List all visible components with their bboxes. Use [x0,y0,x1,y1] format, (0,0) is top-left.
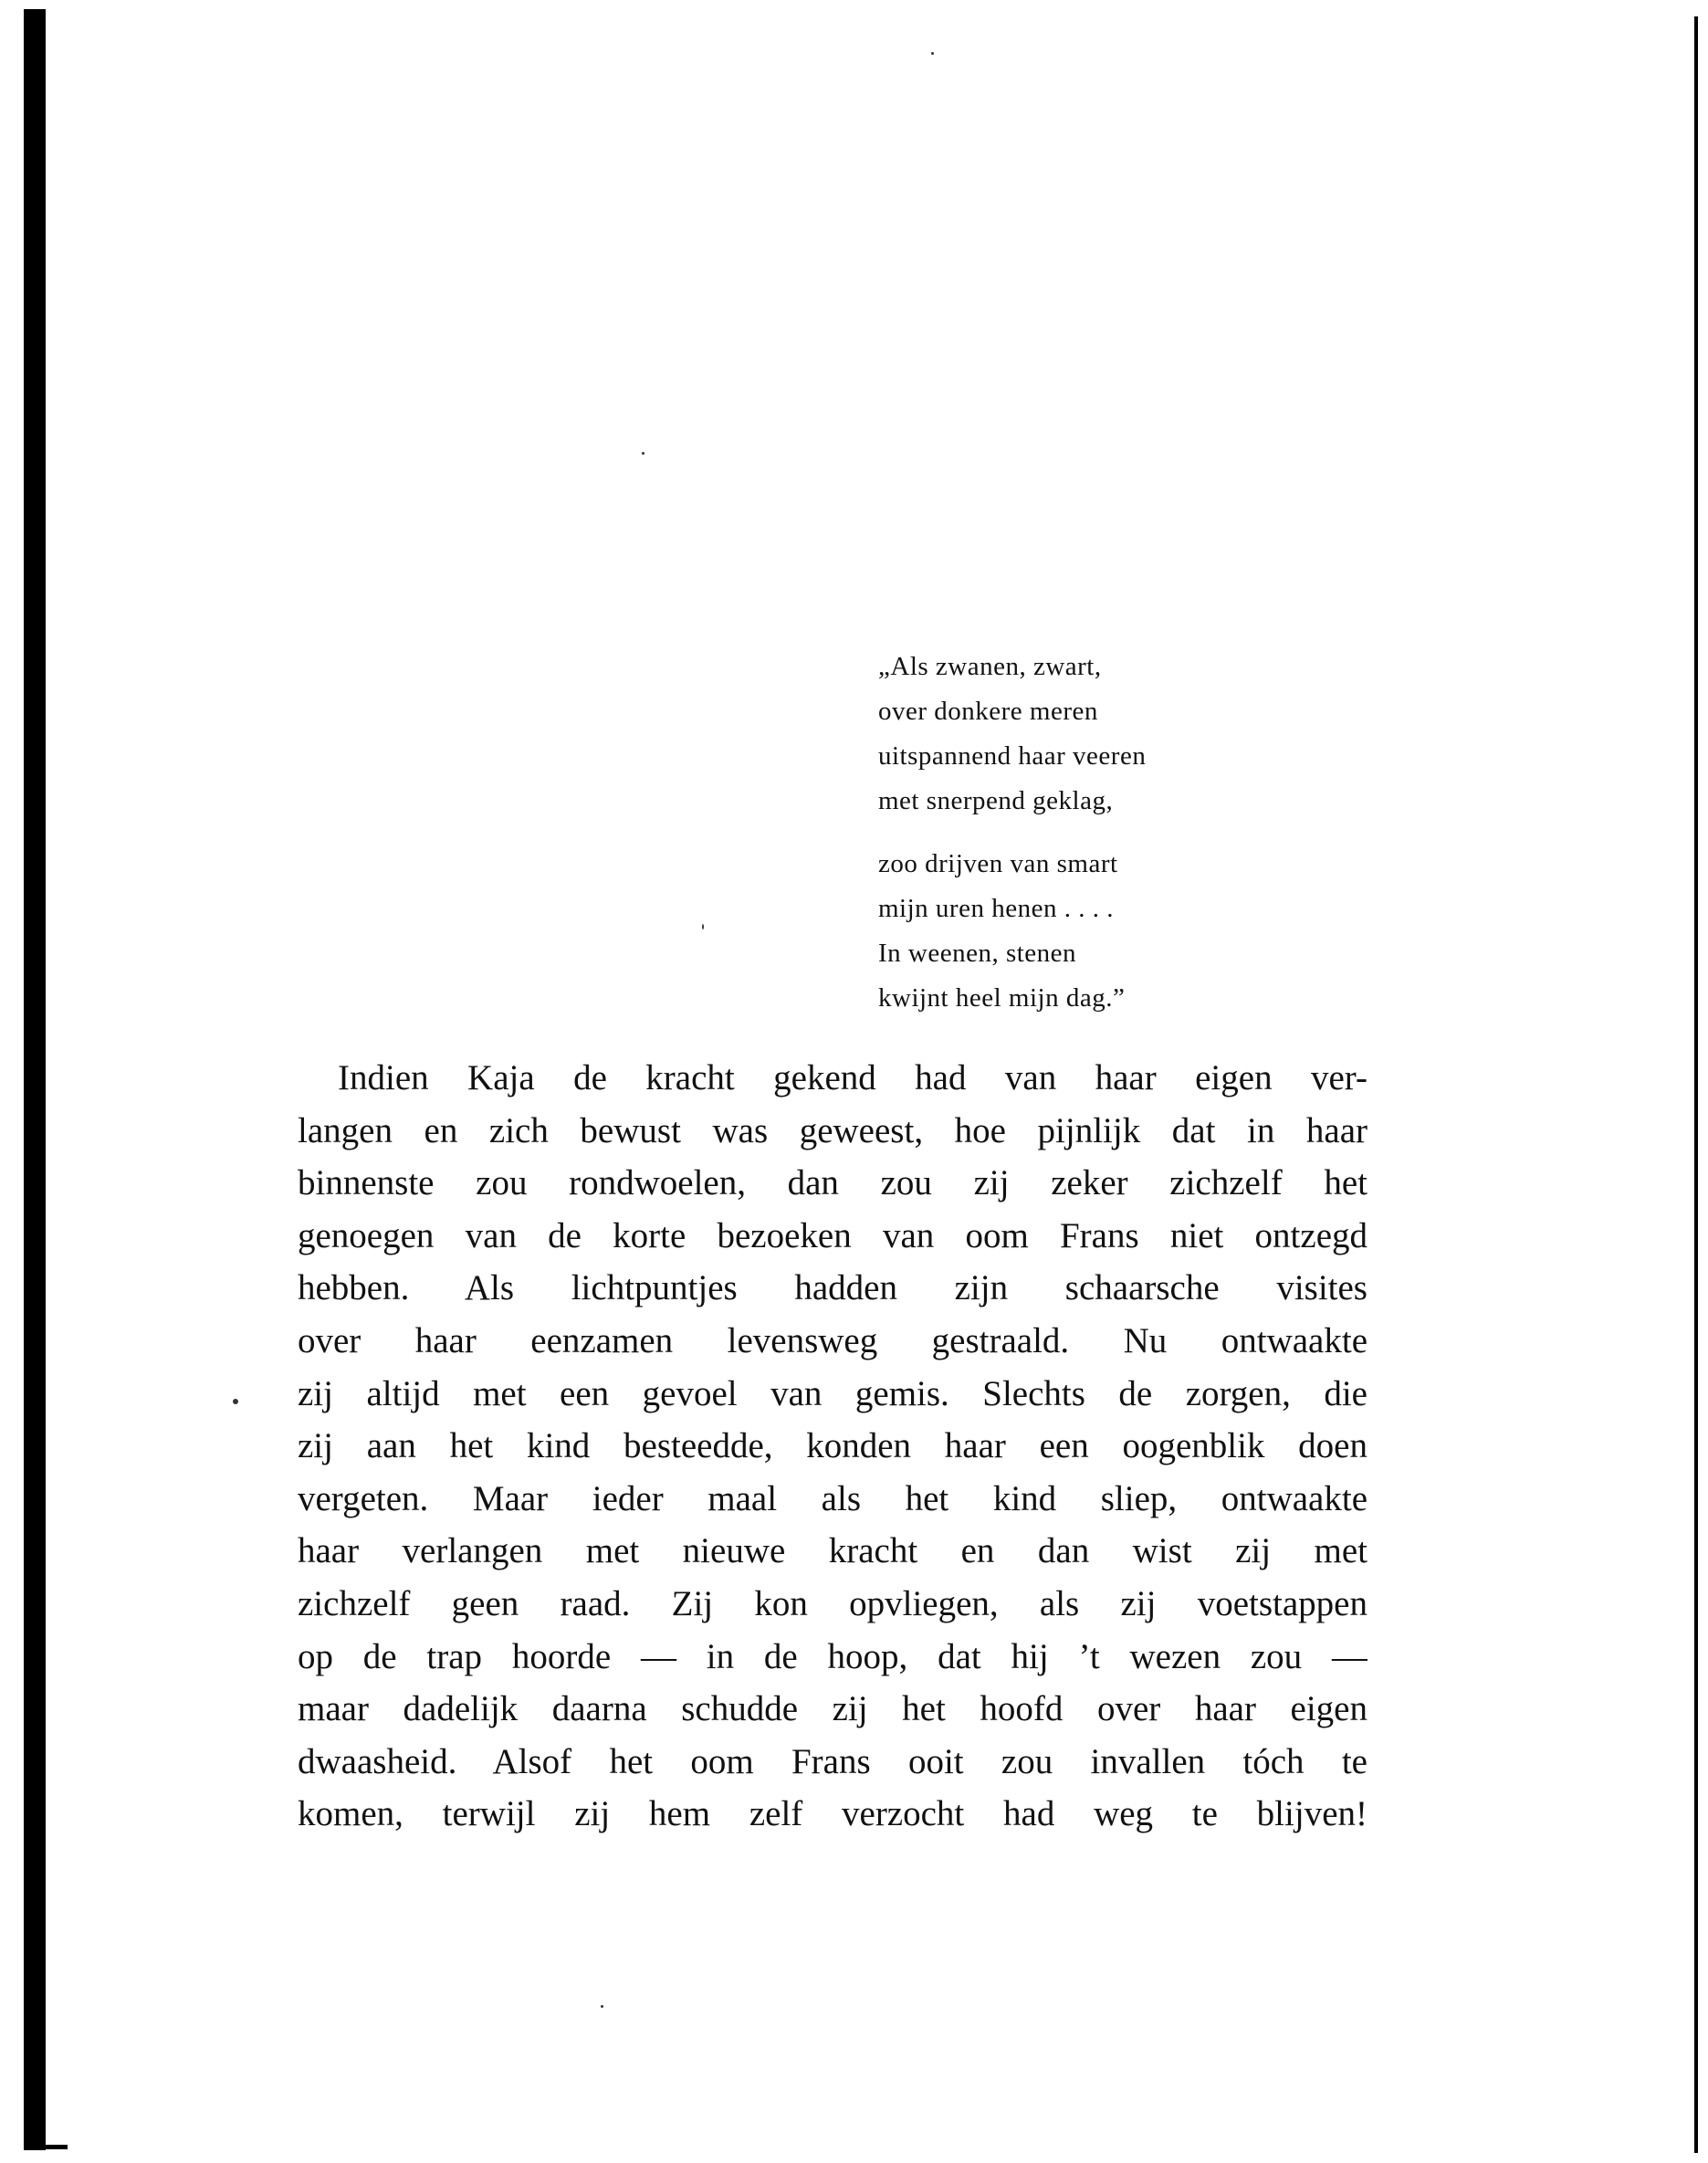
body-line: genoegen van de korte bezoeken van oom F… [298,1210,1367,1263]
scan-binding-edge [24,9,46,2150]
poem-line: uitspannend haar veeren [878,734,1146,779]
body-line: zichzelf geen raad. Zij kon opvliegen, a… [298,1578,1367,1631]
body-line: zij aan het kind besteedde, konden haar … [298,1420,1367,1473]
poem-line: kwijnt heel mijn dag.” [878,976,1146,1021]
poem-stanza: „Als zwanen, zwart, over donkere meren u… [878,645,1146,824]
scan-speck [601,2005,603,2008]
poem-epigraph: „Als zwanen, zwart, over donkere meren u… [878,645,1146,1021]
body-line: komen, terwijl zij hem zelf verzocht had… [298,1788,1367,1841]
poem-line: met snerpend geklag, [878,779,1146,824]
poem-line: mijn uren henen . . . . [878,887,1146,931]
body-line: haar verlangen met nieuwe kracht en dan … [298,1525,1367,1578]
scan-speck [233,1399,238,1404]
body-line: hebben. Als lichtpuntjes hadden zijn sch… [298,1262,1367,1315]
poem-line: over donkere meren [878,689,1146,734]
scan-speck [642,452,644,455]
body-line: maar dadelijk daarna schudde zij het hoo… [298,1683,1367,1736]
poem-line: In weenen, stenen [878,931,1146,976]
body-line: dwaasheid. Alsof het oom Frans ooit zou … [298,1736,1367,1789]
poem-stanza: zoo drijven van smart mijn uren henen . … [878,842,1146,1021]
body-line: zij altijd met een gevoel van gemis. Sle… [298,1368,1367,1421]
scan-speck [931,52,934,55]
body-line: vergeten. Maar ieder maal als het kind s… [298,1473,1367,1526]
body-line: binnenste zou rondwoelen, dan zou zij ze… [298,1157,1367,1210]
body-line: over haar eenzamen levensweg gestraald. … [298,1315,1367,1368]
body-line: op de trap hoorde — in de hoop, dat hij … [298,1631,1367,1684]
body-paragraph: Indien Kaja de kracht gekend had van haa… [298,1052,1367,1841]
body-line: langen en zich bewust was geweest, hoe p… [298,1105,1367,1158]
body-line: Indien Kaja de kracht gekend had van haa… [298,1052,1367,1105]
scan-speck [702,924,704,929]
scan-binding-foot [24,2145,68,2149]
poem-line: „Als zwanen, zwart, [878,645,1146,689]
scan-page-edge [1694,16,1698,2153]
poem-line: zoo drijven van smart [878,842,1146,887]
